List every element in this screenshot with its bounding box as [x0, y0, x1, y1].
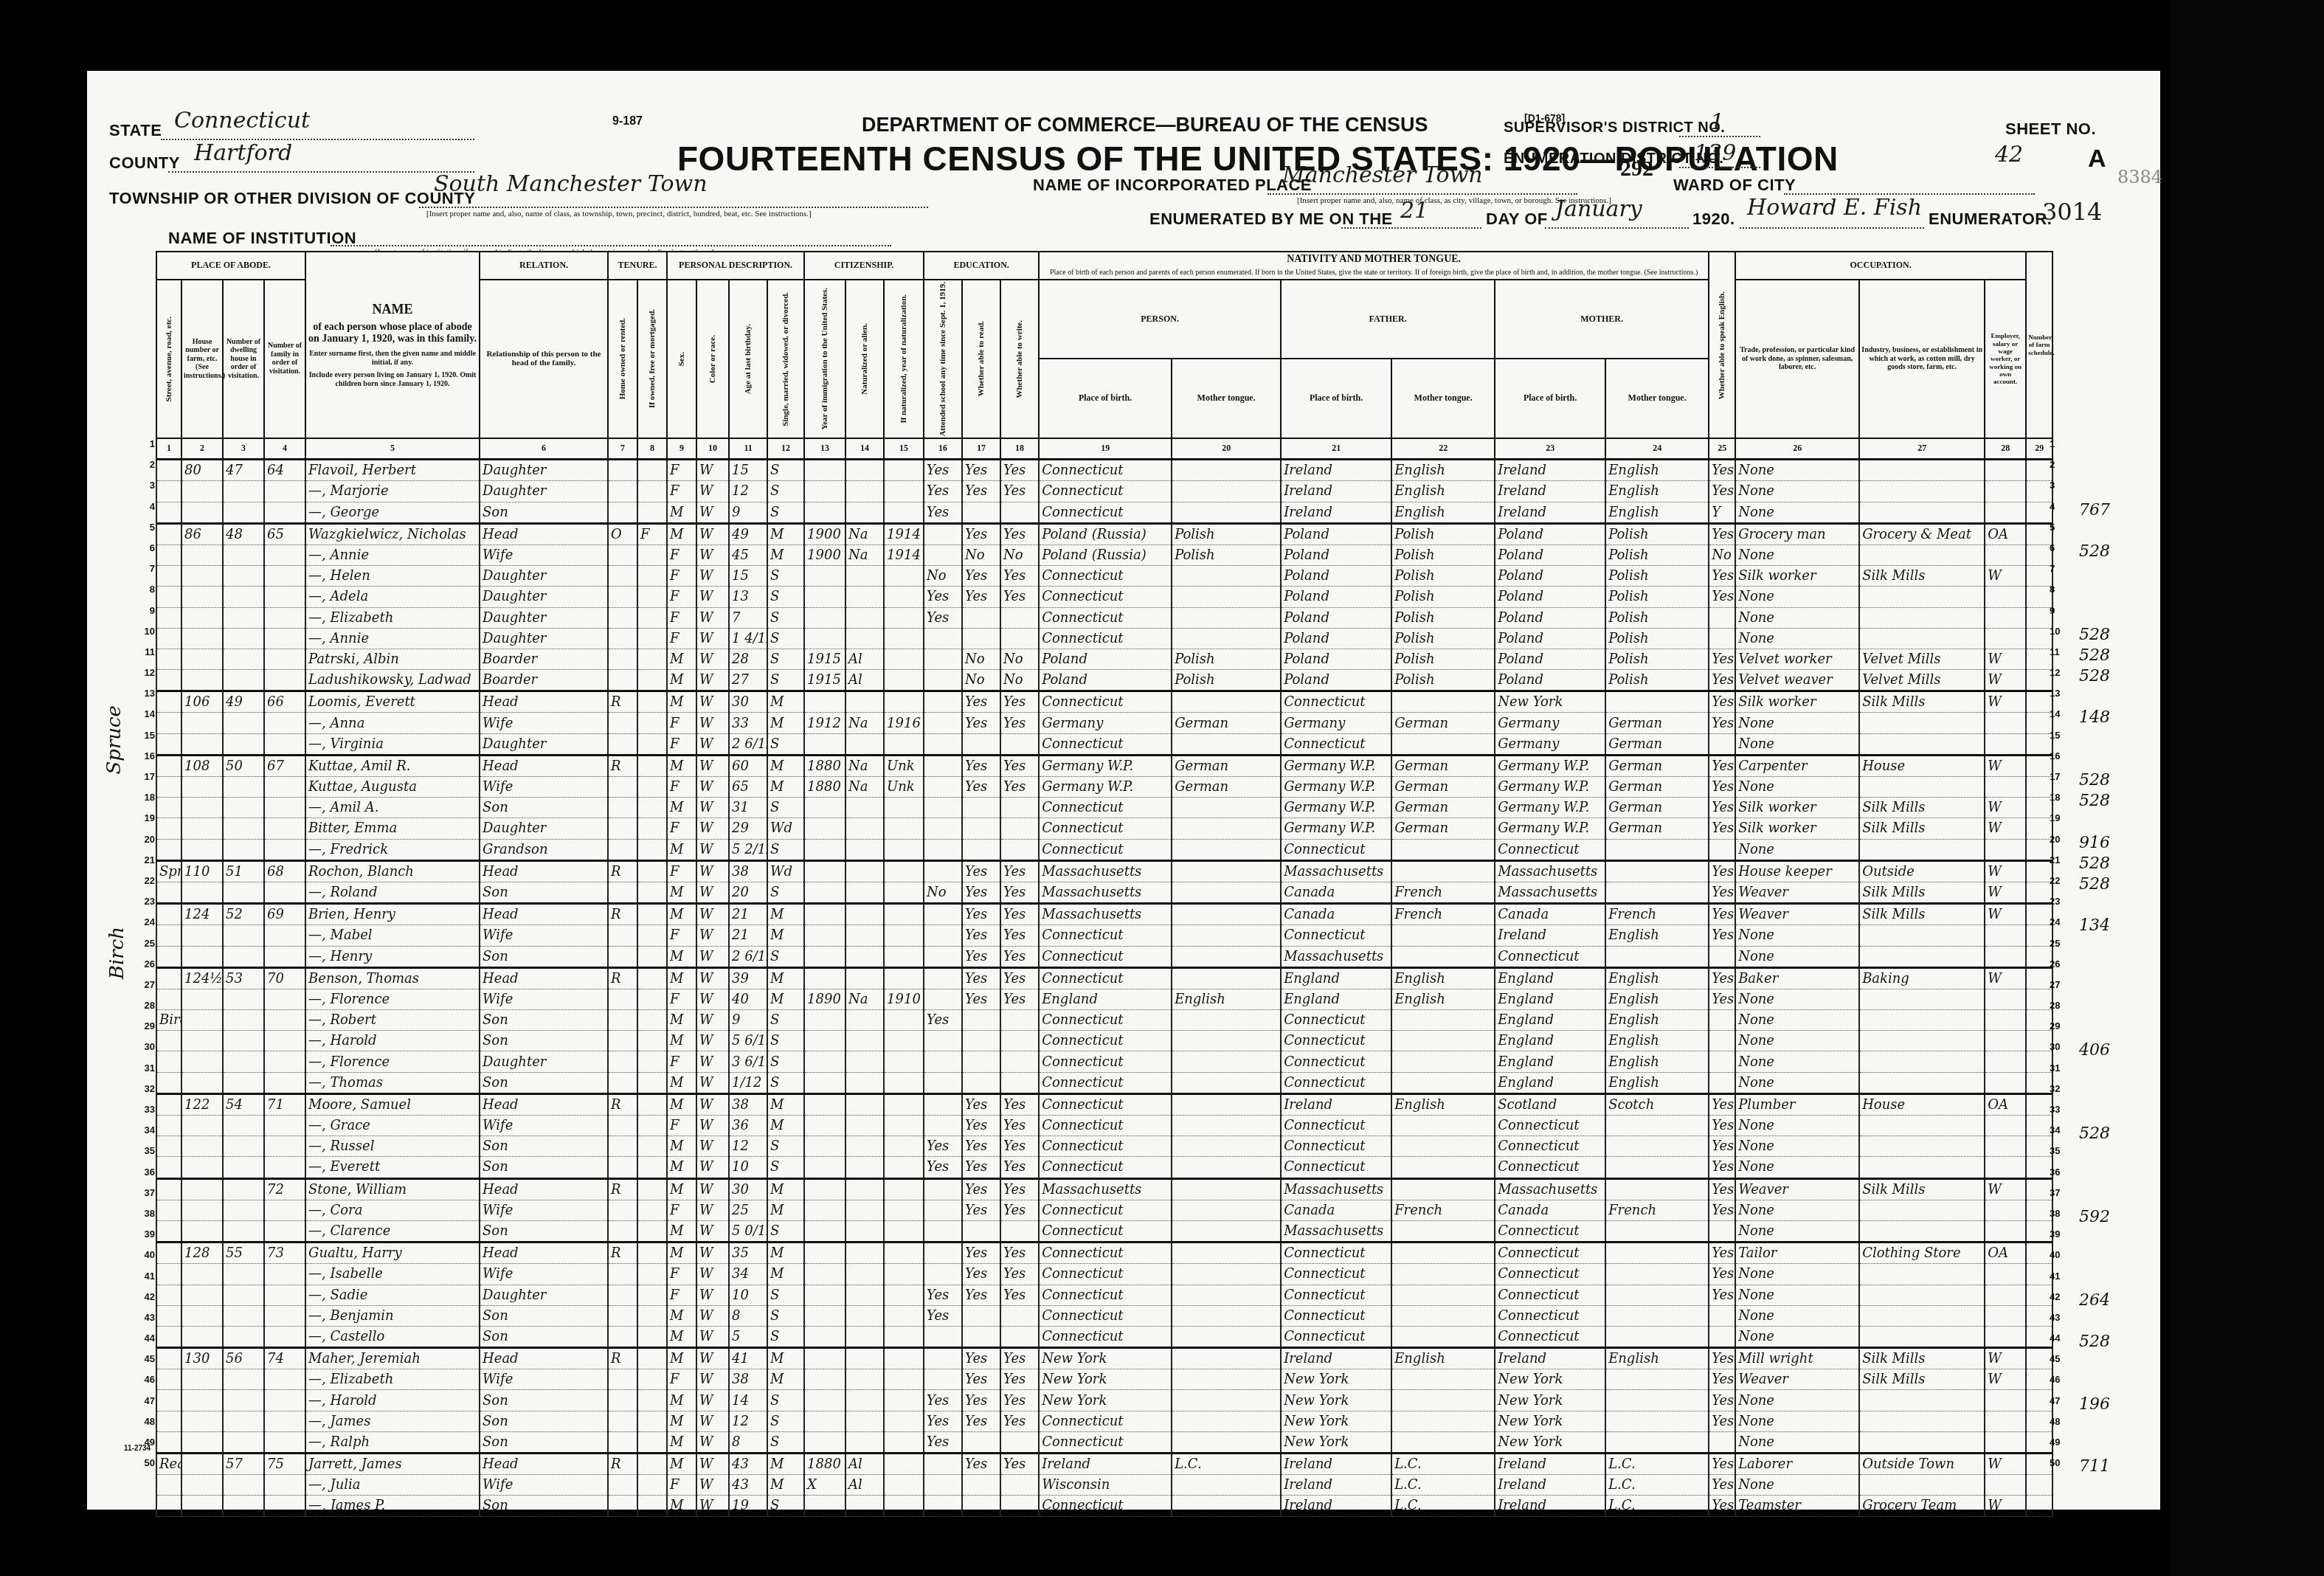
group-personal: PERSONAL DESCRIPTION.: [667, 252, 804, 280]
cell-trade: None: [1735, 607, 1859, 628]
cell-dwelling: [223, 1157, 264, 1178]
cell-name: Benson, Thomas: [305, 967, 480, 989]
cell-natyr: [884, 925, 924, 946]
cell-nat: [845, 1496, 884, 1516]
cell-marital: S: [767, 1010, 804, 1031]
margin-code: 528: [2079, 1124, 2138, 1145]
cell-race: W: [696, 1475, 729, 1496]
cell-trade: Teamster: [1735, 1496, 1859, 1516]
cell-relation: Son: [480, 1157, 608, 1178]
table-row: 72Stone, WilliamHeadRMW30MYesYesMassachu…: [156, 1178, 2052, 1200]
cell-m_tongue: German: [1605, 818, 1709, 839]
cell-farm: [2026, 1116, 2052, 1136]
cell-nat: [845, 1264, 884, 1285]
cell-tongue: [1172, 1411, 1281, 1431]
cell-trade: None: [1735, 1305, 1859, 1326]
cell-race: W: [696, 566, 729, 587]
table-row: —, FlorenceDaughterFW3 6/12SConnecticutC…: [156, 1051, 2052, 1072]
cell-write: [1000, 502, 1039, 523]
cell-f_tongue: [1391, 1390, 1495, 1411]
cell-family: [264, 1496, 305, 1516]
cell-house: [181, 1475, 223, 1496]
cell-pob: Poland (Russia): [1039, 545, 1172, 565]
cell-relation: Son: [480, 1326, 608, 1347]
cell-dwelling: 56: [223, 1348, 264, 1369]
cell-class: [1985, 1136, 2026, 1157]
cell-nat: [845, 798, 884, 818]
cell-industry: [1859, 989, 1985, 1009]
cell-f_tongue: [1391, 1072, 1495, 1093]
line-number: 14: [139, 708, 155, 729]
cell-tongue: [1172, 1496, 1281, 1516]
cell-immig: [804, 460, 845, 481]
cell-f_tongue: German: [1391, 818, 1495, 839]
column-number: 23: [1495, 438, 1605, 460]
cell-farm: [2026, 607, 2052, 628]
cell-mort: [637, 818, 667, 839]
cell-read: [962, 818, 1000, 839]
cell-race: W: [696, 1390, 729, 1411]
cell-industry: Clothing Store: [1859, 1243, 1985, 1264]
cell-m_tongue: [1605, 1431, 1709, 1453]
cell-f_pob: Poland: [1281, 523, 1391, 545]
line-number: 27: [2050, 979, 2066, 1000]
cell-f_pob: Massachusetts: [1281, 1178, 1391, 1200]
cell-class: OA: [1985, 523, 2026, 545]
line-number: 12: [139, 667, 155, 688]
cell-trade: None: [1735, 925, 1859, 946]
cell-mort: [637, 1454, 667, 1475]
line-number: 17: [139, 771, 155, 792]
cell-own: R: [608, 1093, 637, 1115]
cell-eng: Yes: [1709, 818, 1735, 839]
cell-farm: [2026, 1390, 2052, 1411]
cell-own: [608, 839, 637, 860]
cell-farm: [2026, 798, 2052, 818]
cell-f_pob: Germany W.P.: [1281, 777, 1391, 798]
cell-f_pob: Germany W.P.: [1281, 755, 1391, 776]
cell-name: Stone, William: [305, 1178, 480, 1200]
cell-eng: Yes: [1709, 566, 1735, 587]
cell-name: —, Adela: [305, 587, 480, 607]
cell-mort: [637, 860, 667, 882]
cell-race: W: [696, 1431, 729, 1453]
cell-family: [264, 989, 305, 1009]
table-row: —, ElizabethDaughterFW7SYesConnecticutPo…: [156, 607, 2052, 628]
cell-relation: Daughter: [480, 1285, 608, 1305]
cell-street: [156, 1031, 181, 1051]
cell-sex: F: [667, 545, 696, 565]
cell-f_pob: England: [1281, 989, 1391, 1009]
cell-house: [181, 1178, 223, 1200]
cell-relation: Wife: [480, 1475, 608, 1496]
cell-m_tongue: [1605, 1305, 1709, 1326]
line-number: 45: [139, 1353, 155, 1374]
cell-f_pob: Connecticut: [1281, 1285, 1391, 1305]
cell-eng: Y: [1709, 502, 1735, 523]
cell-read: [962, 607, 1000, 628]
margin-code: 528: [2079, 1333, 2138, 1353]
cell-pob: Poland (Russia): [1039, 523, 1172, 545]
cell-industry: [1859, 1390, 1985, 1411]
cell-house: 130: [181, 1348, 223, 1369]
cell-read: Yes: [962, 1390, 1000, 1411]
cell-class: [1985, 1157, 2026, 1178]
cell-nat: [845, 566, 884, 587]
cell-sex: F: [667, 481, 696, 502]
cell-nat: [845, 1369, 884, 1390]
line-number: 17: [2050, 771, 2066, 792]
cell-name: —, Castello: [305, 1326, 480, 1347]
cell-tongue: [1172, 1178, 1281, 1200]
cell-mort: [637, 946, 667, 967]
cell-nat: [845, 946, 884, 967]
cell-marital: S: [767, 460, 804, 481]
cell-mort: [637, 989, 667, 1009]
cell-farm: [2026, 1200, 2052, 1220]
cell-school: [924, 733, 962, 755]
cell-own: [608, 502, 637, 523]
cell-eng: [1709, 1220, 1735, 1242]
cell-mort: [637, 967, 667, 989]
cell-nat: [845, 1031, 884, 1051]
cell-street: [156, 460, 181, 481]
cell-tongue: [1172, 839, 1281, 860]
cell-sex: M: [667, 691, 696, 713]
cell-write: Yes: [1000, 1243, 1039, 1264]
cell-farm: [2026, 1243, 2052, 1264]
cell-marital: S: [767, 1136, 804, 1157]
cell-relation: Son: [480, 1496, 608, 1516]
cell-class: [1985, 777, 2026, 798]
cell-nat: [845, 1051, 884, 1072]
cell-school: Yes: [924, 1411, 962, 1431]
cell-house: [181, 1411, 223, 1431]
cell-immig: [804, 691, 845, 713]
cell-f_pob: Ireland: [1281, 460, 1391, 481]
cell-trade: None: [1735, 545, 1859, 565]
cell-family: 67: [264, 755, 305, 776]
cell-relation: Wife: [480, 713, 608, 733]
cell-house: 122: [181, 1093, 223, 1115]
cell-m_pob: Ireland: [1495, 460, 1605, 481]
cell-school: Yes: [924, 1010, 962, 1031]
cell-mort: [637, 904, 667, 925]
cell-relation: Wife: [480, 777, 608, 798]
cell-write: Yes: [1000, 1136, 1039, 1157]
cell-name: —, Sadie: [305, 1285, 480, 1305]
cell-family: [264, 1051, 305, 1072]
margin-code: [2079, 979, 2138, 1000]
cell-m_tongue: [1605, 839, 1709, 860]
cell-nat: [845, 481, 884, 502]
cell-mort: [637, 587, 667, 607]
cell-marital: S: [767, 1411, 804, 1431]
cell-marital: M: [767, 777, 804, 798]
cell-family: 73: [264, 1243, 305, 1264]
cell-house: [181, 777, 223, 798]
cell-nat: [845, 1390, 884, 1411]
cell-f_tongue: Polish: [1391, 587, 1495, 607]
cell-relation: Son: [480, 1390, 608, 1411]
cell-family: [264, 566, 305, 587]
cell-age: 35: [729, 1243, 767, 1264]
cell-marital: S: [767, 649, 804, 669]
state-value: Connecticut: [174, 108, 310, 134]
cell-name: —, Cora: [305, 1200, 480, 1220]
cell-house: [181, 1369, 223, 1390]
cell-farm: [2026, 1051, 2052, 1072]
cell-f_pob: Connecticut: [1281, 733, 1391, 755]
cell-industry: [1859, 1031, 1985, 1051]
cell-m_tongue: [1605, 691, 1709, 713]
cell-immig: [804, 607, 845, 628]
cell-school: [924, 1348, 962, 1369]
cell-m_pob: Poland: [1495, 587, 1605, 607]
cell-pob: Ireland: [1039, 1454, 1172, 1475]
cell-school: Yes: [924, 1285, 962, 1305]
cell-race: W: [696, 733, 729, 755]
cell-dwelling: [223, 882, 264, 903]
cell-farm: [2026, 587, 2052, 607]
cell-dwelling: [223, 1326, 264, 1347]
cell-relation: Daughter: [480, 460, 608, 481]
cell-race: W: [696, 904, 729, 925]
cell-street: [156, 587, 181, 607]
cell-family: 72: [264, 1178, 305, 1200]
cell-m_tongue: English: [1605, 1010, 1709, 1031]
cell-m_tongue: [1605, 1157, 1709, 1178]
cell-industry: Silk Mills: [1859, 904, 1985, 925]
cell-industry: [1859, 925, 1985, 946]
cell-marital: S: [767, 882, 804, 903]
group-relation: RELATION.: [480, 252, 608, 280]
cell-school: [924, 1072, 962, 1093]
cell-nat: [845, 1178, 884, 1200]
cell-m_tongue: [1605, 860, 1709, 882]
cell-m_tongue: English: [1605, 1031, 1709, 1051]
cell-race: W: [696, 1411, 729, 1431]
cell-name: —, Mabel: [305, 925, 480, 946]
cell-school: [924, 1220, 962, 1242]
cell-sex: F: [667, 989, 696, 1009]
cell-natyr: [884, 967, 924, 989]
cell-trade: Weaver: [1735, 1369, 1859, 1390]
line-number: 48: [2050, 1416, 2066, 1437]
cell-school: [924, 670, 962, 691]
line-number: 11: [2050, 646, 2066, 667]
cell-race: W: [696, 946, 729, 967]
cell-tongue: [1172, 1157, 1281, 1178]
cell-nat: Al: [845, 1454, 884, 1475]
cell-street: [156, 1411, 181, 1431]
cell-school: [924, 1200, 962, 1220]
cell-age: 39: [729, 967, 767, 989]
line-number: 50: [2050, 1457, 2066, 1478]
cell-race: W: [696, 691, 729, 713]
department-title: DEPARTMENT OF COMMERCE—BUREAU OF THE CEN…: [862, 114, 1428, 136]
cell-tongue: [1172, 798, 1281, 818]
line-number: 8: [139, 584, 155, 604]
cell-class: [1985, 713, 2026, 733]
cell-sex: M: [667, 1136, 696, 1157]
cell-age: 33: [729, 713, 767, 733]
cell-f_pob: Connecticut: [1281, 1326, 1391, 1347]
line-number: 4: [2050, 501, 2066, 522]
cell-farm: [2026, 523, 2052, 545]
table-row: Ladushikowsky, LadwadBoarderMW27S1915AlN…: [156, 670, 2052, 691]
cell-nat: [845, 1010, 884, 1031]
cell-natyr: [884, 1116, 924, 1136]
cell-m_pob: New York: [1495, 691, 1605, 713]
cell-sex: F: [667, 1285, 696, 1305]
cell-f_pob: Ireland: [1281, 1093, 1391, 1115]
county-value: Hartford: [194, 140, 292, 166]
cell-relation: Son: [480, 798, 608, 818]
cell-m_pob: Poland: [1495, 670, 1605, 691]
cell-trade: Silk worker: [1735, 798, 1859, 818]
cell-eng: [1709, 1326, 1735, 1347]
cell-own: [608, 1157, 637, 1178]
cell-school: [924, 1031, 962, 1051]
cell-trade: Laborer: [1735, 1454, 1859, 1475]
cell-natyr: [884, 481, 924, 502]
cell-house: [181, 545, 223, 565]
margin-code: [2079, 958, 2138, 979]
cell-house: 80: [181, 460, 223, 481]
sheet-value: 42: [1995, 142, 2023, 167]
cell-own: [608, 777, 637, 798]
cell-family: 65: [264, 523, 305, 545]
column-number: 10: [696, 438, 729, 460]
cell-dwelling: [223, 1475, 264, 1496]
cell-relation: Head: [480, 967, 608, 989]
column-number: 8: [637, 438, 667, 460]
cell-industry: [1859, 481, 1985, 502]
cell-eng: Yes: [1709, 1116, 1735, 1136]
cell-m_tongue: [1605, 1116, 1709, 1136]
cell-industry: [1859, 1411, 1985, 1431]
cell-read: [962, 1031, 1000, 1051]
line-number: 34: [2050, 1124, 2066, 1145]
cell-own: [608, 1136, 637, 1157]
margin-code: 528: [2079, 771, 2138, 792]
cell-family: 74: [264, 1348, 305, 1369]
cell-class: OA: [1985, 1243, 2026, 1264]
cell-mort: [637, 1264, 667, 1285]
cell-tongue: [1172, 1200, 1281, 1220]
cell-age: 12: [729, 1411, 767, 1431]
cell-tongue: [1172, 628, 1281, 649]
cell-own: R: [608, 860, 637, 882]
cell-class: [1985, 989, 2026, 1009]
cell-house: [181, 1010, 223, 1031]
cell-tongue: [1172, 1031, 1281, 1051]
cell-m_pob: Connecticut: [1495, 1243, 1605, 1264]
cell-school: [924, 691, 962, 713]
cell-street: [156, 925, 181, 946]
cell-race: W: [696, 1157, 729, 1178]
cell-write: [1000, 628, 1039, 649]
cell-f_tongue: French: [1391, 882, 1495, 903]
cell-f_tongue: [1391, 1285, 1495, 1305]
cell-pob: Connecticut: [1039, 946, 1172, 967]
cell-farm: [2026, 1326, 2052, 1347]
cell-class: [1985, 1431, 2026, 1453]
cell-race: W: [696, 1348, 729, 1369]
cell-eng: Yes: [1709, 925, 1735, 946]
cell-f_pob: Connecticut: [1281, 1243, 1391, 1264]
cell-nat: [845, 818, 884, 839]
cell-class: W: [1985, 860, 2026, 882]
cell-m_tongue: L.C.: [1605, 1454, 1709, 1475]
margin-code: [2079, 938, 2138, 958]
cell-sex: M: [667, 670, 696, 691]
cell-name: —, Helen: [305, 566, 480, 587]
cell-write: Yes: [1000, 1200, 1039, 1220]
person-subheader: PERSON.: [1039, 280, 1281, 359]
line-number: 2: [139, 459, 155, 480]
table-row: —, JuliaWifeFW43MXAlWisconsinIrelandL.C.…: [156, 1475, 2052, 1496]
cell-natyr: [884, 1093, 924, 1115]
enumerator-note: 3014: [2042, 198, 2102, 226]
cell-tongue: [1172, 1072, 1281, 1093]
line-number: 15: [139, 730, 155, 750]
cell-family: [264, 545, 305, 565]
cell-natyr: [884, 1390, 924, 1411]
cell-age: 30: [729, 1178, 767, 1200]
column-number: 18: [1000, 438, 1039, 460]
table-row: Birch—, RobertSonMW9SYesConnecticutConne…: [156, 1010, 2052, 1031]
cell-age: 9: [729, 502, 767, 523]
cell-nat: Na: [845, 545, 884, 565]
cell-school: [924, 818, 962, 839]
ed-label: ENUMERATION DISTRICT NO.: [1504, 151, 1723, 167]
cell-house: [181, 989, 223, 1009]
cell-school: Yes: [924, 1157, 962, 1178]
margin-code: 406: [2079, 1041, 2138, 1062]
cell-sex: M: [667, 1031, 696, 1051]
cell-age: 30: [729, 691, 767, 713]
table-row: —, GraceWifeFW36MYesYesConnecticutConnec…: [156, 1116, 2052, 1136]
cell-mort: [637, 1475, 667, 1496]
cell-age: 19: [729, 1496, 767, 1516]
cell-farm: [2026, 1136, 2052, 1157]
line-number: 4: [139, 501, 155, 522]
cell-m_tongue: French: [1605, 1200, 1709, 1220]
cell-write: [1000, 798, 1039, 818]
cell-dwelling: [223, 1010, 264, 1031]
cell-class: W: [1985, 1454, 2026, 1475]
cell-age: 5: [729, 1326, 767, 1347]
cell-class: W: [1985, 1348, 2026, 1369]
cell-name: —, Fredrick: [305, 839, 480, 860]
cell-m_tongue: [1605, 1369, 1709, 1390]
table-row: —, Amil A.SonMW31SConnecticutGermany W.P…: [156, 798, 2052, 818]
margin-code: [2079, 563, 2138, 584]
cell-immig: [804, 1285, 845, 1305]
cell-read: Yes: [962, 1348, 1000, 1369]
cell-read: Yes: [962, 460, 1000, 481]
cell-pob: Connecticut: [1039, 1285, 1172, 1305]
cell-marital: S: [767, 670, 804, 691]
cell-f_pob: Poland: [1281, 607, 1391, 628]
line-number: 1: [139, 438, 155, 459]
cell-own: [608, 545, 637, 565]
cell-eng: Yes: [1709, 1157, 1735, 1178]
cell-dwelling: 55: [223, 1243, 264, 1264]
cell-farm: [2026, 989, 2052, 1009]
